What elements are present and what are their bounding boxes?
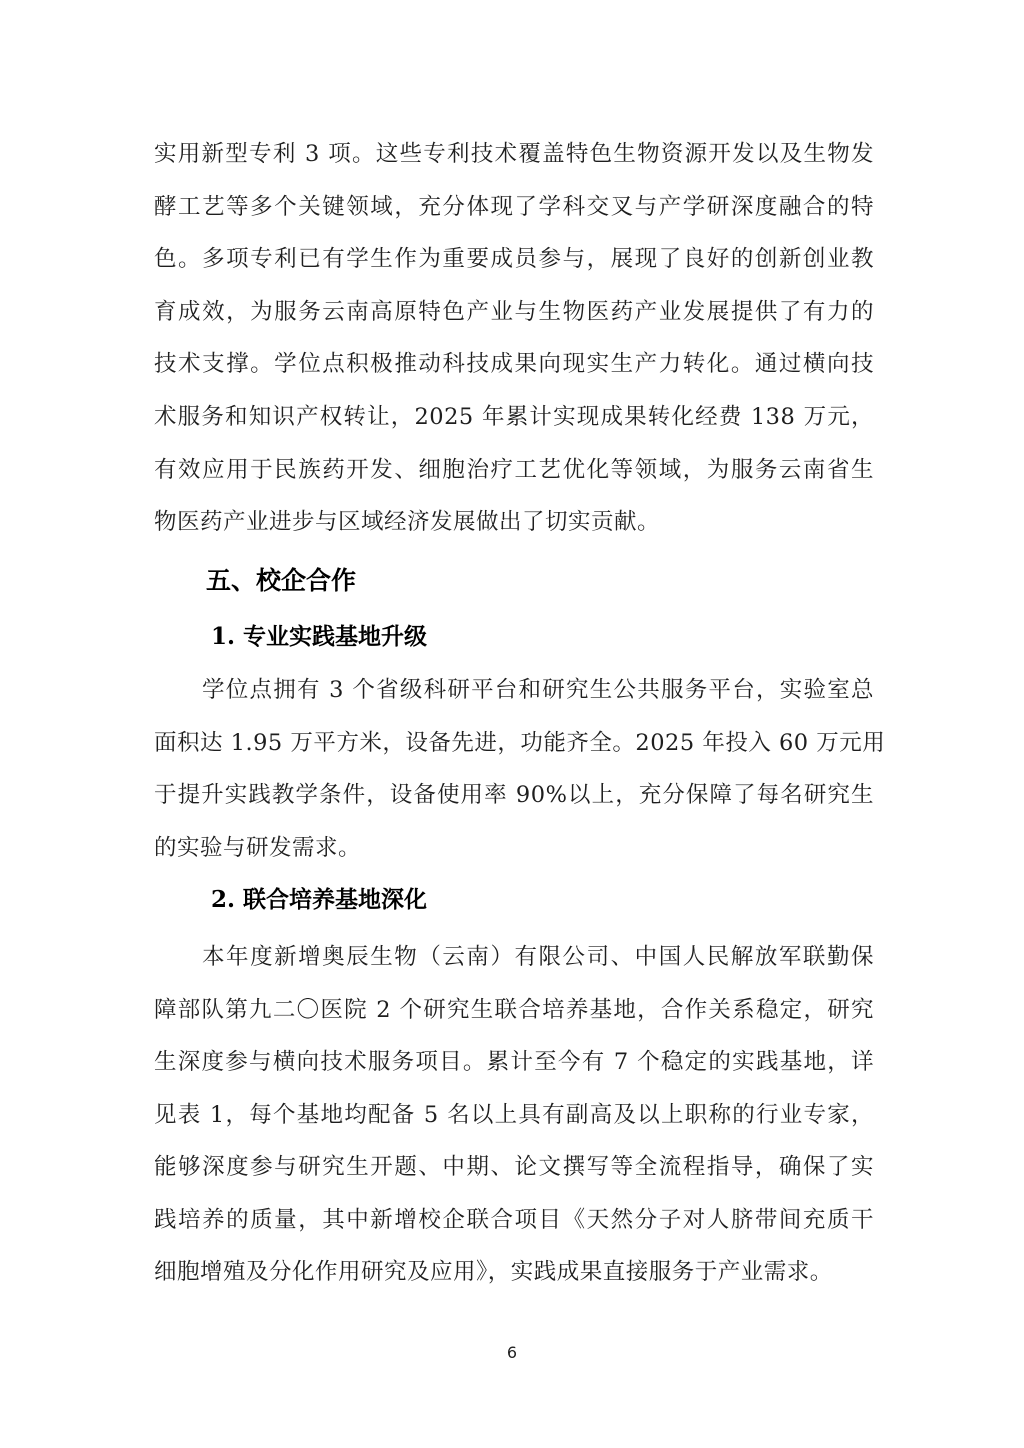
page-number: 6: [0, 1338, 1024, 1368]
subheading-practice-base-upgrade: 1. 专业实践基地升级: [154, 611, 874, 664]
text-line: 技术支撑。学位点积极推动科技成果向现实生产力转化。通过横向技: [154, 338, 874, 391]
page-body: 实用新型专利 3 项。这些专利技术覆盖特色生物资源开发以及生物发酵工艺等多个关键…: [154, 128, 874, 1299]
text-line: 色。多项专利已有学生作为重要成员参与，展现了良好的创新创业教: [154, 233, 874, 286]
text-line: 的实验与研发需求。: [154, 822, 874, 875]
text-line: 本年度新增奥辰生物（云南）有限公司、中国人民解放军联勤保: [154, 931, 874, 984]
text-line: 物医药产业进步与区域经济发展做出了切实贡献。: [154, 496, 874, 549]
text-line: 术服务和知识产权转让，2025 年累计实现成果转化经费 138 万元，: [154, 391, 874, 444]
document-page: 实用新型专利 3 项。这些专利技术覆盖特色生物资源开发以及生物发酵工艺等多个关键…: [0, 0, 1024, 1448]
subheading-joint-training-base: 2. 联合培养基地深化: [154, 874, 874, 927]
text-line: 能够深度参与研究生开题、中期、论文撰写等全流程指导，确保了实: [154, 1141, 874, 1194]
section-heading-school-enterprise: 五、校企合作: [154, 555, 874, 608]
paragraph-joint-training: 本年度新增奥辰生物（云南）有限公司、中国人民解放军联勤保障部队第九二〇医院 2 …: [154, 931, 874, 1299]
text-line: 践培养的质量，其中新增校企联合项目《天然分子对人脐带间充质干: [154, 1194, 874, 1247]
paragraph-practice-base: 学位点拥有 3 个省级科研平台和研究生公共服务平台，实验室总面积达 1.95 万…: [154, 664, 874, 874]
text-line: 面积达 1.95 万平方米，设备先进，功能齐全。2025 年投入 60 万元用: [154, 717, 874, 770]
text-line: 育成效，为服务云南高原特色产业与生物医药产业发展提供了有力的: [154, 286, 874, 339]
text-line: 障部队第九二〇医院 2 个研究生联合培养基地，合作关系稳定，研究: [154, 984, 874, 1037]
paragraph-patents-continuation: 实用新型专利 3 项。这些专利技术覆盖特色生物资源开发以及生物发酵工艺等多个关键…: [154, 128, 874, 549]
text-line: 学位点拥有 3 个省级科研平台和研究生公共服务平台，实验室总: [154, 664, 874, 717]
text-line: 实用新型专利 3 项。这些专利技术覆盖特色生物资源开发以及生物发: [154, 128, 874, 181]
text-line: 生深度参与横向技术服务项目。累计至今有 7 个稳定的实践基地，详: [154, 1036, 874, 1089]
text-line: 酵工艺等多个关键领域，充分体现了学科交叉与产学研深度融合的特: [154, 181, 874, 234]
text-line: 有效应用于民族药开发、细胞治疗工艺优化等领域，为服务云南省生: [154, 444, 874, 497]
text-line: 细胞增殖及分化作用研究及应用》，实践成果直接服务于产业需求。: [154, 1246, 874, 1299]
text-line: 见表 1，每个基地均配备 5 名以上具有副高及以上职称的行业专家，: [154, 1089, 874, 1142]
text-line: 于提升实践教学条件，设备使用率 90%以上，充分保障了每名研究生: [154, 769, 874, 822]
